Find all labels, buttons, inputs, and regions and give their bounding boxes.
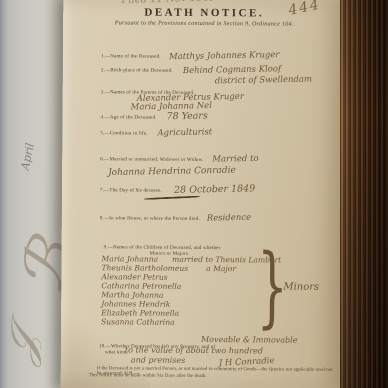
child-note: a Major — [206, 264, 236, 273]
scanned-death-notice-photo: April ℬ 𝒥 Filed 11 Nov 1849 444 DEATH NO… — [0, 0, 388, 388]
minors-annotation: Minors — [283, 282, 319, 293]
field-label: 5.—Condition in life. — [100, 131, 147, 136]
field-place-of-death: 8.—In what House, or where the Person di… — [100, 206, 251, 225]
field-condition: 5.—Condition in life. Agriculturist — [100, 121, 212, 140]
field-birthplace-line2: district of Swellendam — [215, 69, 312, 88]
filing-annotation: Filed 11 Nov 1849 — [121, 0, 215, 6]
field-value: Johanna Hendrina Conradie — [108, 166, 236, 178]
page-title: DEATH NOTICE. — [63, 6, 345, 20]
field-day-of-decease: 7.—The Day of his decease. 28 October 18… — [100, 178, 255, 197]
margin-bleed-note: April — [18, 142, 36, 171]
ink-flourish: 𝒥 — [0, 324, 50, 367]
field-property-value-line3: and premises — [131, 349, 185, 367]
child-name: Susanna Catharina — [101, 317, 175, 327]
book-edge-shadow — [340, 0, 388, 388]
field-label: 8.—In what House, or where the Person di… — [100, 216, 200, 222]
field-value: Agriculturist — [158, 127, 213, 138]
field-value: district of Swellendam — [215, 74, 312, 86]
previous-page-edge: April ℬ 𝒥 — [0, 0, 70, 388]
field-label: 2.—Birth-place of the Deceased. — [101, 68, 173, 74]
child-row: Susanna Catharina — [101, 311, 175, 330]
death-notice-page: Filed 11 Nov 1849 444 DEATH NOTICE. Purs… — [61, 0, 347, 388]
page-subtitle: Pursuant to the Provisions contained in … — [63, 20, 345, 28]
field-marital-spouse: Johanna Hendrina Conradie — [108, 160, 236, 179]
field-value: Residence — [207, 213, 251, 224]
field-value: and premises — [131, 355, 185, 364]
field-label: 7.—The Day of his decease. — [100, 188, 162, 193]
field-value: 28 October 1849 — [174, 183, 255, 196]
field-label: 4.—Age of the Deceased. — [101, 115, 157, 120]
field-value: 78 Years — [167, 110, 208, 122]
